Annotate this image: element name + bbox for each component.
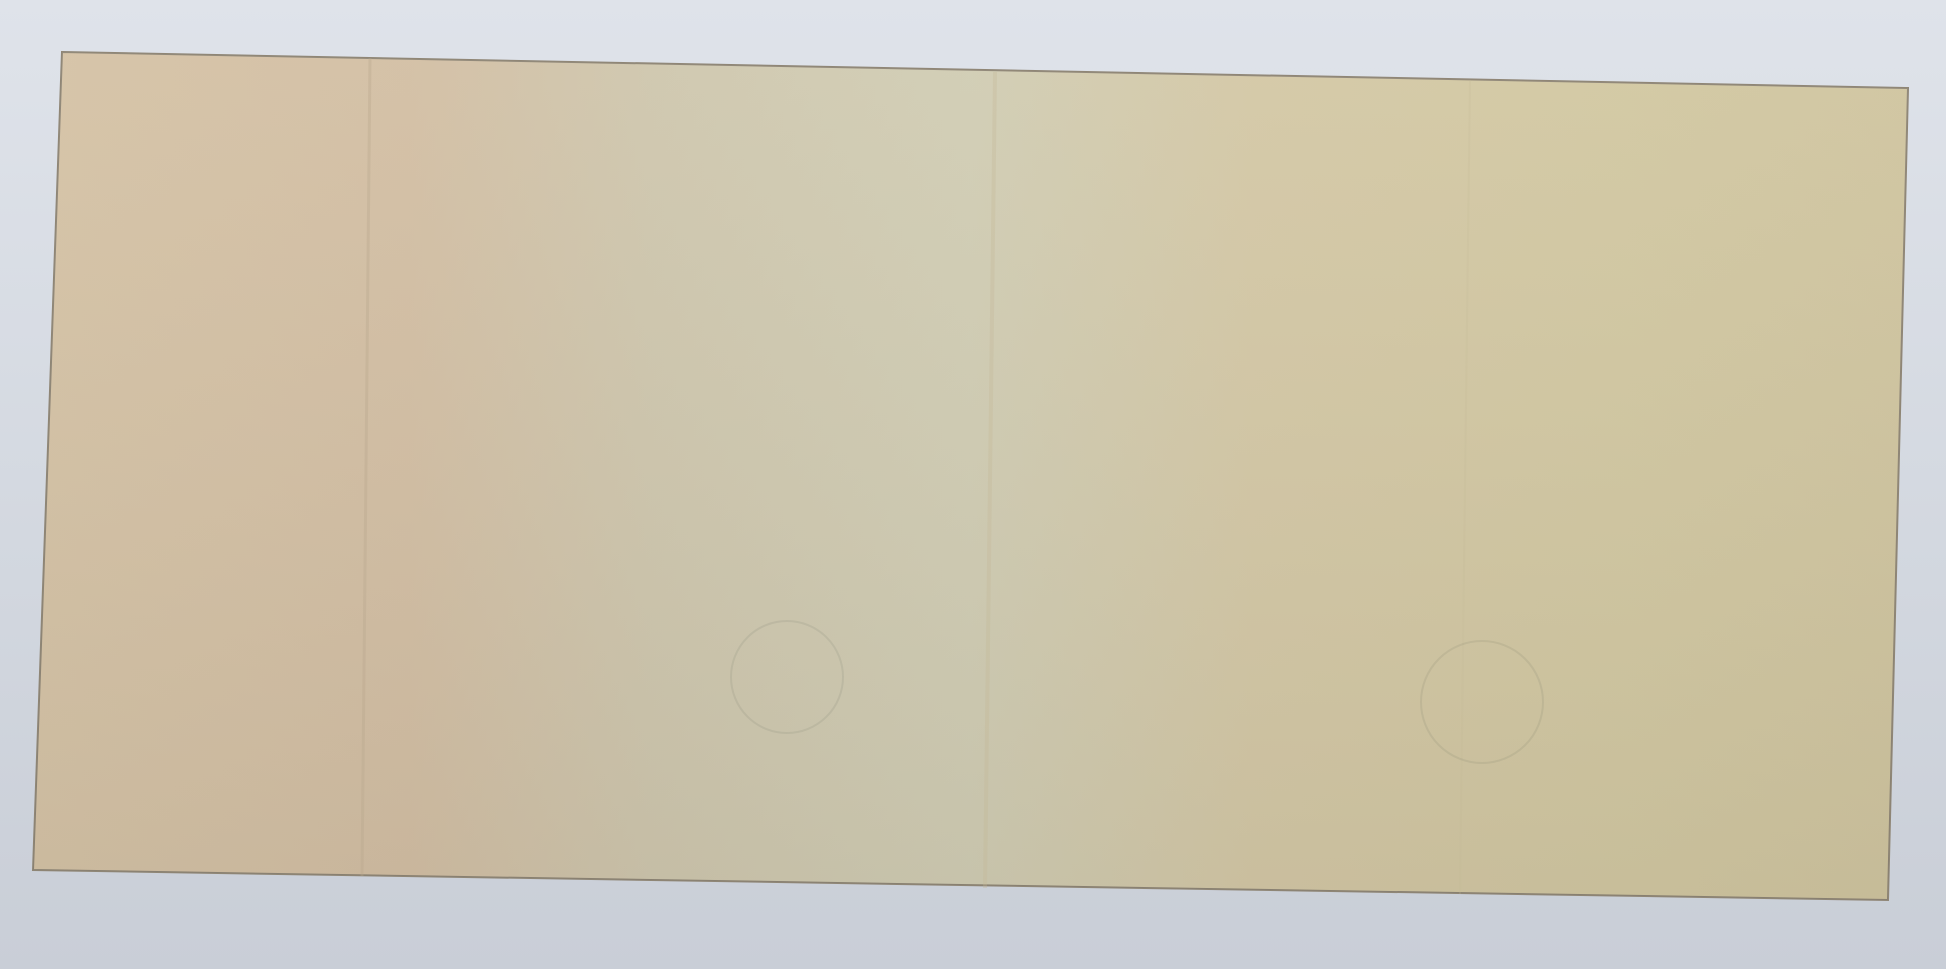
- show-through-seal-left: [730, 620, 844, 734]
- banknote-photo: [0, 0, 1946, 969]
- banknote-paper: [0, 0, 1946, 969]
- show-through-seal-right: [1420, 640, 1544, 764]
